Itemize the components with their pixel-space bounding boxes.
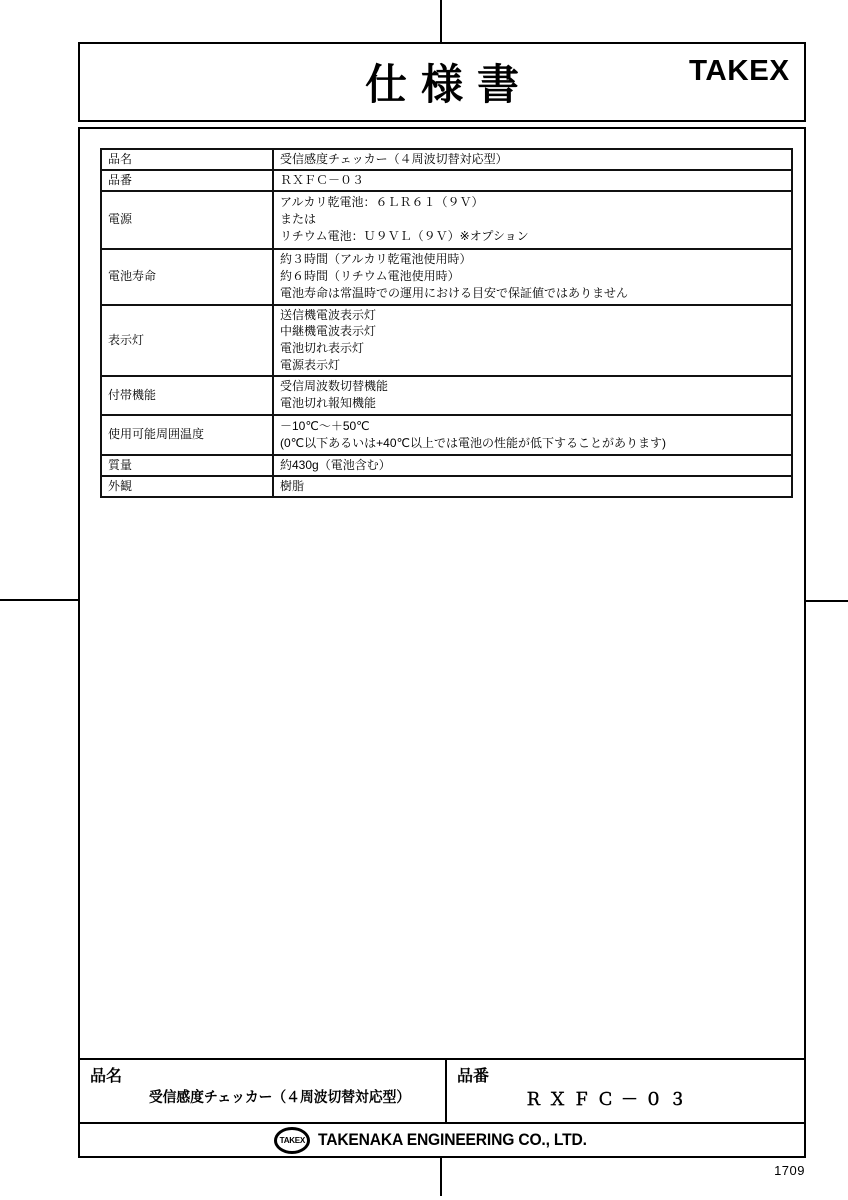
product-number-label: 品番 bbox=[457, 1063, 489, 1086]
doc-number: 1709 bbox=[774, 1163, 805, 1178]
table-row: 品名 受信感度チェッカー（４周波切替対応型） bbox=[101, 149, 792, 170]
row-value: 約３時間（アルカリ乾電池使用時） 約６時間（リチウム電池使用時） 電池寿命は常温… bbox=[273, 249, 792, 305]
company-name: TAKENAKA ENGINEERING CO., LTD. bbox=[318, 1130, 587, 1150]
row-value: 受信周波数切替機能 電池切れ報知機能 bbox=[273, 376, 792, 415]
row-label: 質量 bbox=[101, 455, 273, 476]
crop-mark-right bbox=[806, 600, 848, 602]
table-row: 外観 樹脂 bbox=[101, 476, 792, 497]
crop-mark-top bbox=[440, 0, 442, 43]
table-row: 表示灯 送信機電波表示灯 中継機電波表示灯 電池切れ表示灯 電源表示灯 bbox=[101, 305, 792, 376]
product-number-cell: 品番 ＲＸＦＣ－０３ bbox=[447, 1060, 804, 1122]
header-box: 仕様書 TAKEX bbox=[78, 42, 806, 122]
main-content-box: 品名 受信感度チェッカー（４周波切替対応型） 品番 ＲＸＦＣ－０３ 電源 アルカ… bbox=[78, 127, 806, 1158]
row-label: 表示灯 bbox=[101, 305, 273, 376]
takex-oval-logo-icon: TAKEX bbox=[274, 1127, 310, 1154]
row-label: 付帯機能 bbox=[101, 376, 273, 415]
row-value: 受信感度チェッカー（４周波切替対応型） bbox=[273, 149, 792, 170]
row-label: 電源 bbox=[101, 191, 273, 249]
row-label: 品番 bbox=[101, 170, 273, 191]
crop-mark-left bbox=[0, 599, 79, 601]
product-name-label: 品名 bbox=[90, 1063, 122, 1086]
table-row: 電池寿命 約３時間（アルカリ乾電池使用時） 約６時間（リチウム電池使用時） 電池… bbox=[101, 249, 792, 305]
table-row: 使用可能周囲温度 －10℃～＋50℃ (0℃以下あるいは+40℃以上では電池の性… bbox=[101, 415, 792, 455]
row-label: 品名 bbox=[101, 149, 273, 170]
table-row: 質量 約430g（電池含む） bbox=[101, 455, 792, 476]
table-row: 品番 ＲＸＦＣ－０３ bbox=[101, 170, 792, 191]
row-value: アルカリ乾電池：６ＬＲ６１（９Ｖ） または リチウム電池：Ｕ９ＶＬ（９Ｖ）※オプ… bbox=[273, 191, 792, 249]
row-value: ＲＸＦＣ－０３ bbox=[273, 170, 792, 191]
row-value: 送信機電波表示灯 中継機電波表示灯 電池切れ表示灯 電源表示灯 bbox=[273, 305, 792, 376]
product-name-cell: 品名 受信感度チェッカー（４周波切替対応型） bbox=[80, 1060, 445, 1122]
spec-sheet-page: 仕様書 TAKEX 品名 受信感度チェッカー（４周波切替対応型） 品番 ＲＸＦＣ… bbox=[0, 0, 848, 1200]
company-bar: TAKEX TAKENAKA ENGINEERING CO., LTD. bbox=[80, 1124, 804, 1156]
takex-oval-logo-text: TAKEX bbox=[279, 1135, 304, 1145]
row-label: 電池寿命 bbox=[101, 249, 273, 305]
crop-mark-bottom bbox=[440, 1158, 442, 1196]
takex-wordmark-logo: TAKEX bbox=[689, 55, 790, 88]
table-row: 付帯機能 受信周波数切替機能 電池切れ報知機能 bbox=[101, 376, 792, 415]
row-value: －10℃～＋50℃ (0℃以下あるいは+40℃以上では電池の性能が低下することが… bbox=[273, 415, 792, 455]
row-value: 樹脂 bbox=[273, 476, 792, 497]
row-label: 外観 bbox=[101, 476, 273, 497]
row-value: 約430g（電池含む） bbox=[273, 455, 792, 476]
table-row: 電源 アルカリ乾電池：６ＬＲ６１（９Ｖ） または リチウム電池：Ｕ９ＶＬ（９Ｖ）… bbox=[101, 191, 792, 249]
spec-table: 品名 受信感度チェッカー（４周波切替対応型） 品番 ＲＸＦＣ－０３ 電源 アルカ… bbox=[100, 148, 793, 498]
row-label: 使用可能周囲温度 bbox=[101, 415, 273, 455]
product-number-value: ＲＸＦＣ－０３ bbox=[525, 1085, 693, 1110]
product-name-value: 受信感度チェッカー（４周波切替対応型） bbox=[148, 1086, 409, 1107]
